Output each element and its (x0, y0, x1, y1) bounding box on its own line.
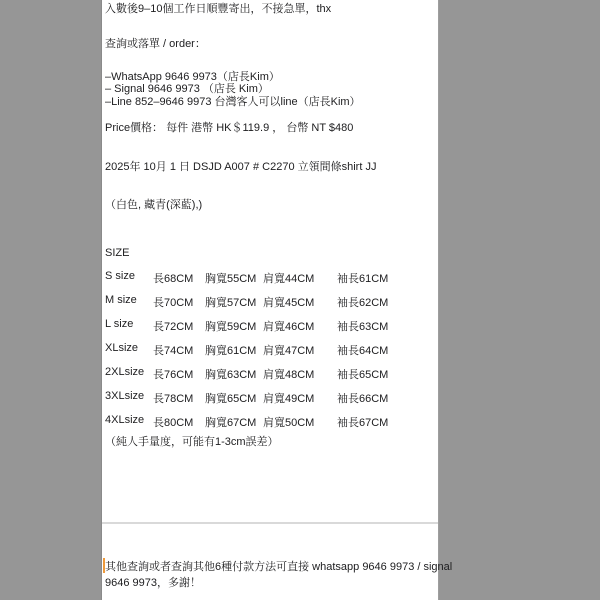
size-label: L size (105, 318, 153, 330)
sleeve-value: 袖長63CM (337, 318, 438, 334)
chest-value: 胸寬65CM (205, 390, 263, 406)
size-table[interactable]: S size 長68CM 胸寬55CM 肩寬44CM 袖長61CM M size… (105, 268, 438, 436)
text-cursor (103, 558, 105, 573)
size-row[interactable]: 4XLsize 長80CM 胸寬67CM 肩寬50CM 袖長67CM (105, 412, 438, 436)
size-label: 4XLsize (105, 414, 153, 426)
size-heading[interactable]: SIZE (105, 246, 435, 260)
size-row[interactable]: L size 長72CM 胸寬59CM 肩寬46CM 袖長63CM (105, 316, 438, 340)
size-row[interactable]: S size 長68CM 胸寬55CM 肩寬44CM 袖長61CM (105, 268, 438, 292)
shoulder-value: 肩寬45CM (263, 294, 337, 310)
shoulder-value: 肩寬46CM (263, 318, 337, 334)
shoulder-value: 肩寬47CM (263, 342, 337, 358)
measurement-note[interactable]: （純人手量度，可能有1-3cm誤差） (105, 435, 435, 449)
sleeve-value: 袖長64CM (337, 342, 438, 358)
contact-line[interactable]: –Line 852–9646 9973 台灣客人可以line（店長Kim） (105, 95, 435, 109)
shoulder-value: 肩寬48CM (263, 366, 337, 382)
order-heading[interactable]: 查詢或落單 / order： (105, 37, 435, 51)
sleeve-value: 袖長65CM (337, 366, 438, 382)
document-page[interactable]: 入數後9–10個工作日順豐寄出，不接急單，thx 查詢或落單 / order： … (102, 0, 438, 600)
chest-value: 胸寬57CM (205, 294, 263, 310)
length-value: 長74CM (153, 342, 205, 358)
shoulder-value: 肩寬49CM (263, 390, 337, 406)
price-line[interactable]: Price價格： 每件 港幣 HK＄119.9 ， 台幣 NT $480 (105, 121, 435, 135)
chest-value: 胸寬63CM (205, 366, 263, 382)
chest-value: 胸寬59CM (205, 318, 263, 334)
page-break-divider (102, 522, 438, 524)
size-label: M size (105, 294, 153, 306)
size-label: XLsize (105, 342, 153, 354)
shoulder-value: 肩寬44CM (263, 270, 337, 286)
chest-value: 胸寬55CM (205, 270, 263, 286)
length-value: 長78CM (153, 390, 205, 406)
product-date-line[interactable]: 2025年 10月 1 日 DSJD A007 # C2270 立領間條shir… (105, 160, 435, 174)
chest-value: 胸寬61CM (205, 342, 263, 358)
length-value: 長70CM (153, 294, 205, 310)
length-value: 長68CM (153, 270, 205, 286)
shoulder-value: 肩寬50CM (263, 414, 337, 430)
size-row[interactable]: 3XLsize 長78CM 胸寬65CM 肩寬49CM 袖長66CM (105, 388, 438, 412)
app-background: 入數後9–10個工作日順豐寄出，不接急單，thx 查詢或落單 / order： … (0, 0, 600, 600)
contact-signal[interactable]: – Signal 9646 9973 （店長 Kim） (105, 82, 435, 96)
chest-value: 胸寬67CM (205, 414, 263, 430)
size-label: S size (105, 270, 153, 282)
sleeve-value: 袖長61CM (337, 270, 438, 286)
color-options-line[interactable]: （白色, 藏青(深藍),) (105, 198, 435, 212)
size-row[interactable]: 2XLsize 長76CM 胸寬63CM 肩寬48CM 袖長65CM (105, 364, 438, 388)
footer-paragraph[interactable]: 其他查詢或者查詢其他6種付款方法可直接 whatsapp 9646 9973 /… (105, 559, 435, 591)
length-value: 長76CM (153, 366, 205, 382)
size-row[interactable]: XLsize 長74CM 胸寬61CM 肩寬47CM 袖長64CM (105, 340, 438, 364)
size-row[interactable]: M size 長70CM 胸寬57CM 肩寬45CM 袖長62CM (105, 292, 438, 316)
intro-paragraph[interactable]: 入數後9–10個工作日順豐寄出，不接急單，thx (105, 2, 435, 16)
size-label: 3XLsize (105, 390, 153, 402)
sleeve-value: 袖長67CM (337, 414, 438, 430)
sleeve-value: 袖長62CM (337, 294, 438, 310)
size-label: 2XLsize (105, 366, 153, 378)
sleeve-value: 袖長66CM (337, 390, 438, 406)
footer-line-2: 9646 9973，多謝！ (105, 575, 435, 591)
length-value: 長72CM (153, 318, 205, 334)
footer-line-1: 其他查詢或者查詢其他6種付款方法可直接 whatsapp 9646 9973 /… (105, 559, 435, 575)
length-value: 長80CM (153, 414, 205, 430)
